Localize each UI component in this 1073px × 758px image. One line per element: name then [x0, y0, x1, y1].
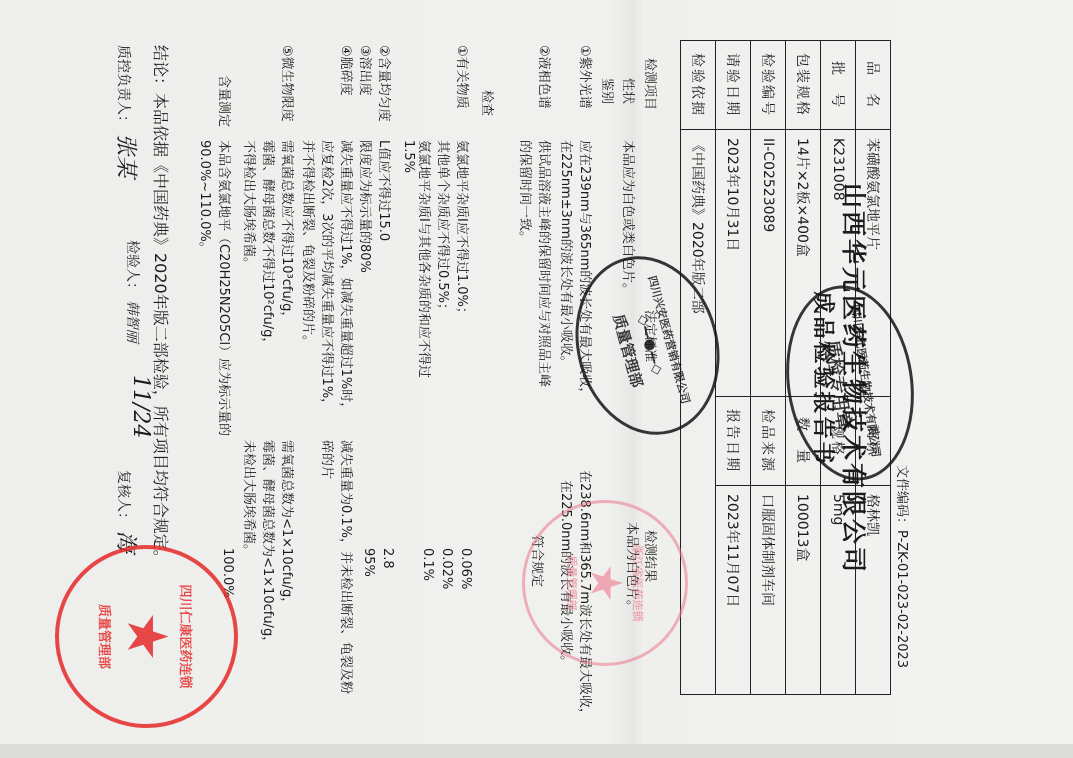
tests-label: 检查: [479, 90, 498, 116]
inspection-report-page: 山西华元医药生物技术有限公司 成品检验报告书 文件编码：P-ZK-01-023-…: [0, 0, 1073, 758]
label-product-name: 品 名: [856, 41, 891, 130]
stamp-text: 质检专用章: [820, 338, 858, 431]
microbial-label: ⑤微生物限度: [279, 45, 298, 122]
document-code: 文件编码：P-ZK-01-023-02-2023: [894, 465, 913, 668]
value-request-date: 2023年10月31日: [716, 130, 751, 397]
qc-signature: 张某: [113, 133, 138, 177]
uniformity-label: ②含量均匀度: [376, 45, 395, 122]
related-standard-2: 其他单个杂质应不得过0.5%；: [435, 140, 454, 316]
date-mark: 11/24: [128, 375, 153, 438]
hplc-standard-1: 供试品溶液主峰的保留时间应与对照品主峰: [536, 140, 555, 387]
value-quantity: 100013盒: [786, 486, 821, 695]
dissolution-result: 95%: [361, 548, 376, 577]
red-stamp: 四川仁康医药连锁 ★ 质量管理部: [55, 545, 238, 728]
qc-label: 质控负责人：: [115, 45, 131, 129]
friability-label: ④脆碎度: [338, 45, 357, 96]
friability-result-1: 减失重量为0.1%，并未检出断裂、龟裂及粉: [338, 440, 357, 694]
related-result-1: 0.06%: [458, 548, 473, 589]
star-icon: ★: [116, 611, 178, 661]
microbial-standard-3: 不得检出大肠埃希菌。: [241, 140, 260, 270]
inspector-signature: 韩智丽: [124, 300, 140, 342]
value-source: 口服固体制剂车间: [751, 486, 786, 695]
doc-code-label: 文件编码：: [894, 465, 909, 530]
reviewer-label: 复核人：: [115, 470, 131, 526]
microbial-standard-2: 霉菌、酵母菌总数不得过10²cfu/g，: [260, 140, 279, 350]
label-basis: 检验依据: [681, 41, 716, 130]
assay-standard-1: 本品含氨氯地平（C20H25N2O5Cl）应为标示量的: [216, 140, 235, 436]
related-standard-4: 1.5%: [401, 140, 416, 173]
pink-stamp: 浙江省医药连锁 ★ 质量管理部: [522, 500, 688, 666]
value-spec: 5mg: [821, 486, 856, 695]
friability-standard-1: 减失重量应不得过1%，如减失重量超过1%时，: [338, 140, 357, 415]
microbial-standard-1: 需氧菌总数应不得过10³cfu/g，: [279, 140, 298, 324]
microbial-result-2: 霉菌、酵母菌总数为<1×10cfu/g，: [260, 440, 279, 649]
dissolution-label: ③溶出度: [357, 45, 376, 96]
related-result-2: 0.02%: [439, 548, 454, 589]
inspector-label: 检验人：: [124, 240, 140, 296]
qc-signature-row: 质控负责人： 张某: [112, 45, 143, 177]
header-item: 检测项目: [642, 58, 661, 110]
label-inspection-no: 检验编号: [751, 41, 786, 130]
related-result-3: 0.1%: [420, 548, 435, 581]
value-brand: 格林凯: [856, 486, 891, 695]
appearance-label: 性状: [620, 78, 639, 104]
dissolution-standard: 限度应为标示量的80%: [357, 140, 376, 273]
inspector-signature-row: 检验人： 韩智丽: [123, 240, 143, 342]
hplc-standard-2: 的保留时间一致。: [517, 140, 536, 244]
related-standard-3: 氨氯地平杂质I与其他各杂质的和应不得过: [416, 140, 435, 378]
microbial-result-1: 需氧菌总数为<1×10cfu/g，: [279, 440, 298, 610]
table-row: 检验编号 II-C02523089 检品来源 口服固体制剂车间: [751, 41, 786, 695]
scan-edge: [0, 744, 1073, 758]
label-request-date: 请验日期: [716, 41, 751, 130]
label-batch: 批 号: [821, 41, 856, 130]
reviewer-signature-row: 复核人： 海: [112, 470, 143, 552]
friability-standard-2: 应复检2次，3次的平均减失重量应不得过1%，: [319, 140, 338, 411]
conclusion: 结论：本品依据《中国药典》2020年版二部检验，所有项目均符合规定。: [150, 45, 173, 566]
stamp-text: 浙江省医药连锁: [630, 545, 646, 622]
value-inspection-no: II-C02523089: [751, 130, 786, 397]
label-packaging: 包装规格: [786, 41, 821, 130]
uv-label: ①紫外光谱: [577, 45, 596, 109]
microbial-result-3: 未检出大肠埃希菌。: [241, 440, 260, 557]
friability-result-2: 碎的片: [319, 440, 338, 479]
uniformity-result: 2.8: [380, 548, 395, 569]
stamp-text: 四川仁康医药连锁: [178, 584, 197, 688]
doc-code-value: P-ZK-01-023-02-2023: [894, 530, 909, 668]
star-icon: ★: [580, 563, 630, 602]
uniformity-standard: L值应不得过15.0: [376, 140, 395, 241]
value-report-date: 2023年11月07日: [716, 486, 751, 695]
stamp-text: 质量管理部: [564, 556, 580, 611]
related-label: ①有关物质: [454, 45, 473, 109]
identification-label: 鉴别: [599, 78, 618, 104]
assay-standard-2: 90.0%~110.0%。: [197, 140, 216, 255]
assay-label: 含量测定: [216, 75, 235, 127]
stamp-text: 质量管理部: [97, 604, 116, 669]
stamp-text: 四川华元医药生物技术有限公司: [847, 303, 884, 458]
label-source: 检品来源: [751, 397, 786, 486]
hplc-label: ②液相色谱: [536, 45, 555, 109]
related-standard-1: 氨氯地平杂质I应不得过1.0%；: [454, 140, 473, 320]
friability-standard-3: 并不得检出断裂、龟裂及粉碎的片。: [300, 140, 319, 348]
